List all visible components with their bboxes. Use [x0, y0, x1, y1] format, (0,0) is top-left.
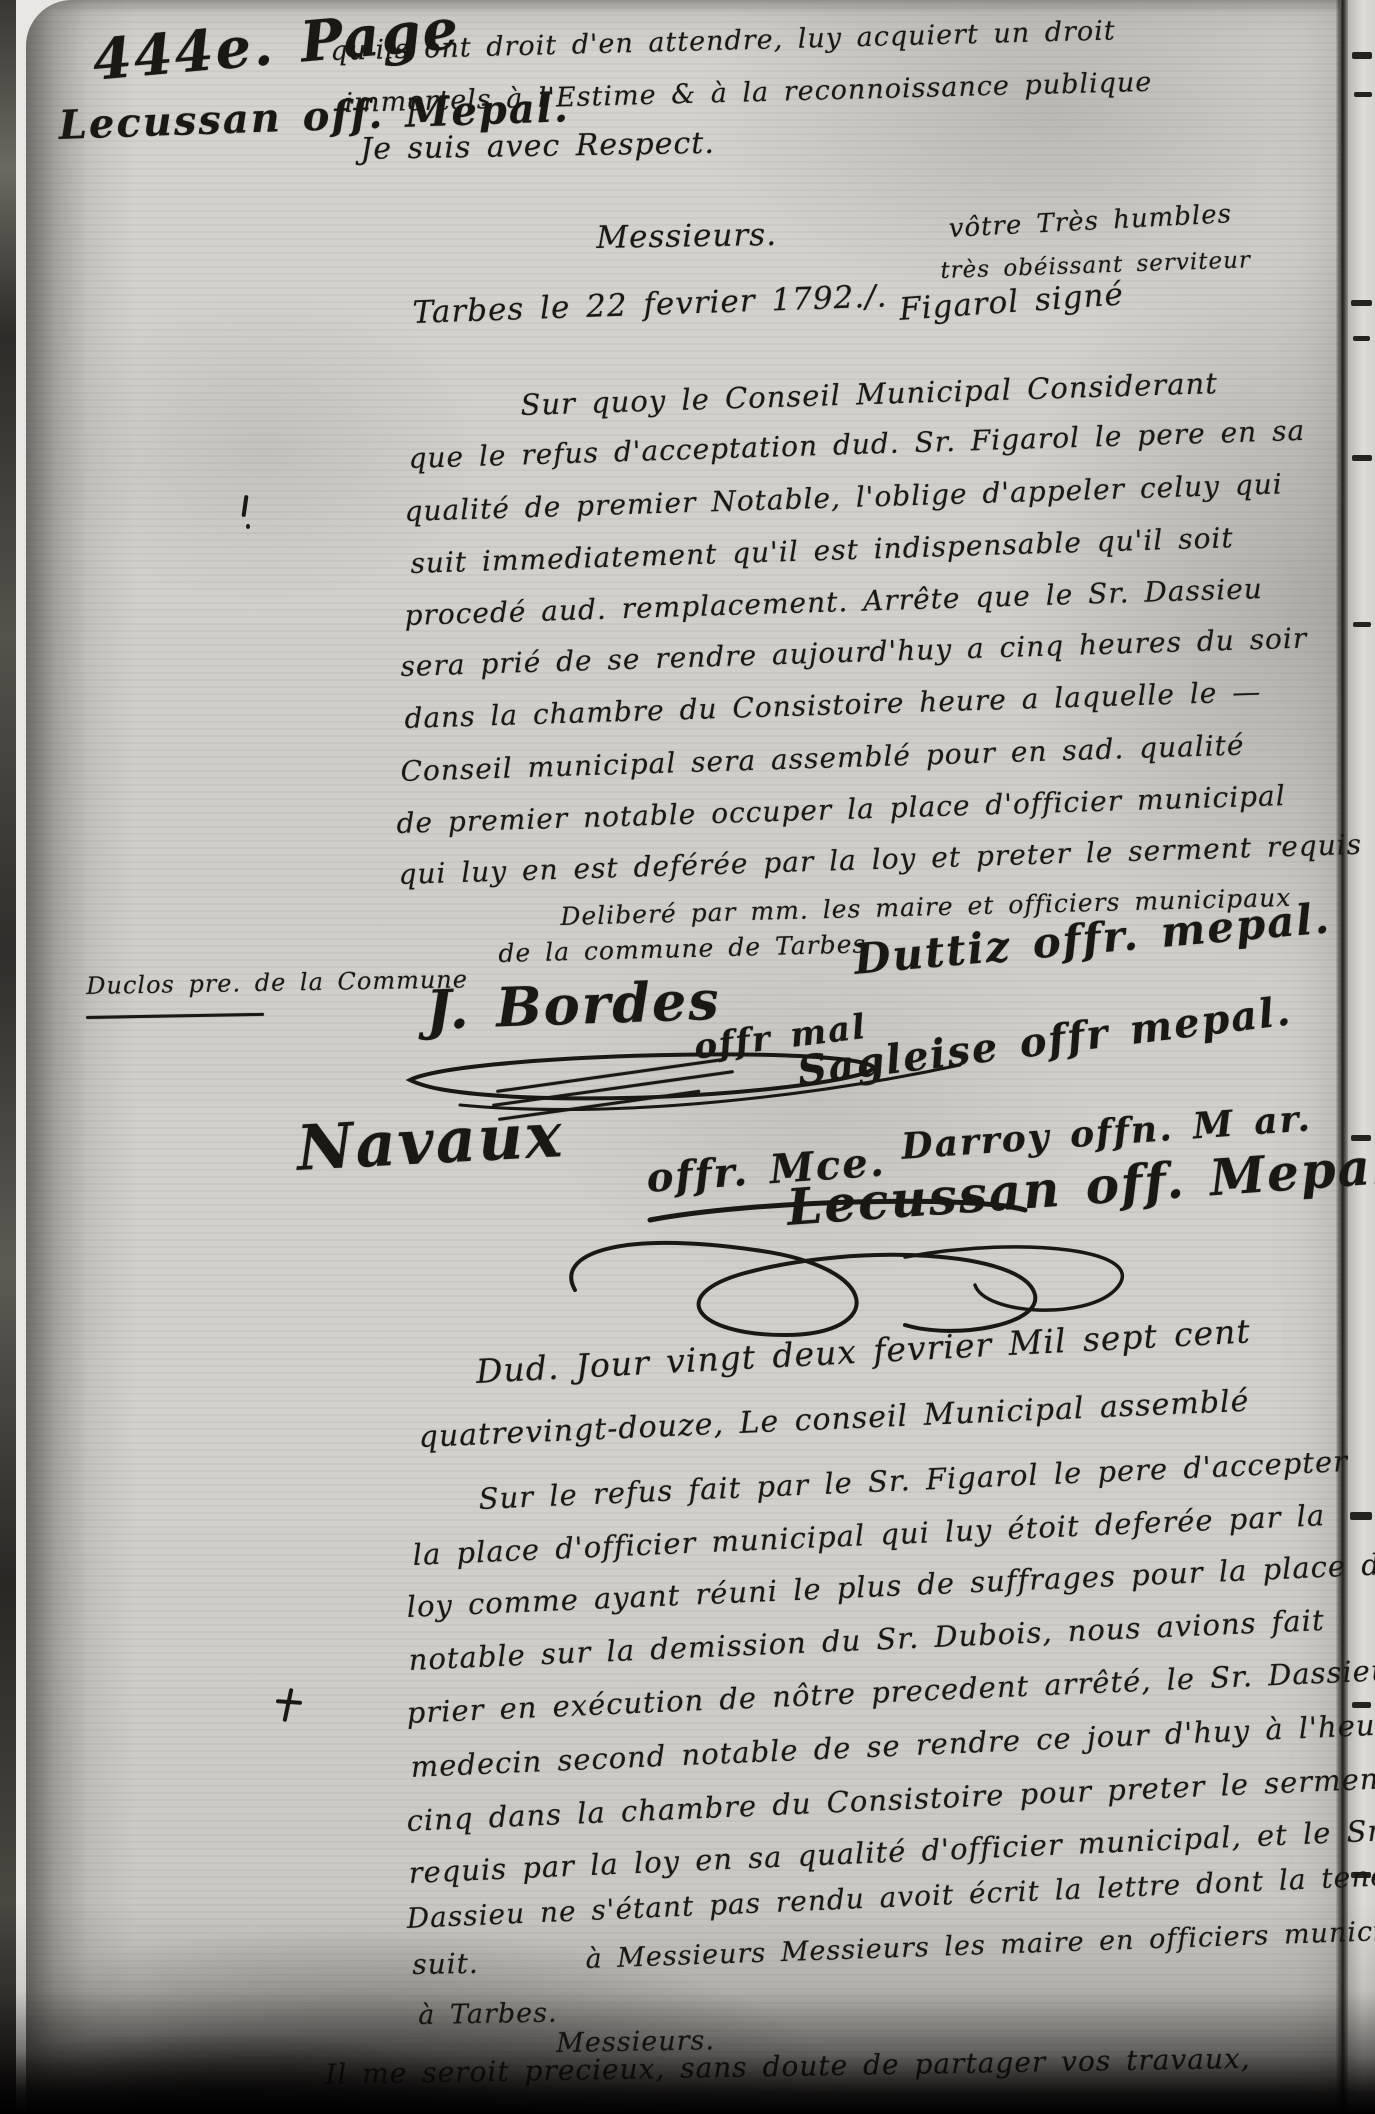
adjacent-page-text-fragment — [1354, 92, 1372, 97]
letter-salutation: Messieurs. — [596, 217, 777, 256]
adjacent-page-sliver — [1348, 0, 1375, 2114]
signature-navaux: Navaux — [295, 1098, 566, 1185]
letter-close-line: Je suis avec Respect. — [360, 126, 715, 167]
adjacent-page-text-fragment — [1352, 455, 1372, 461]
deliberation2-line: suit. — [412, 1947, 479, 1981]
letter-address-place: à Tarbes. — [418, 1998, 558, 2031]
margin-ink-mark — [246, 524, 250, 529]
signature-bordes: J. Bordes — [425, 968, 722, 1042]
adjacent-page-text-fragment — [1350, 1512, 1372, 1520]
adjacent-page-text-fragment — [1351, 300, 1372, 306]
adjacent-page-text-fragment — [1352, 1702, 1371, 1708]
adjacent-page-text-fragment — [1352, 52, 1372, 59]
adjacent-page-text-fragment — [1353, 622, 1371, 627]
adjacent-page-text-fragment — [1353, 336, 1370, 341]
manuscript-scan: { "page_header": { "page_number": "444e.… — [0, 0, 1375, 2114]
book-binding-edge — [0, 0, 16, 2114]
